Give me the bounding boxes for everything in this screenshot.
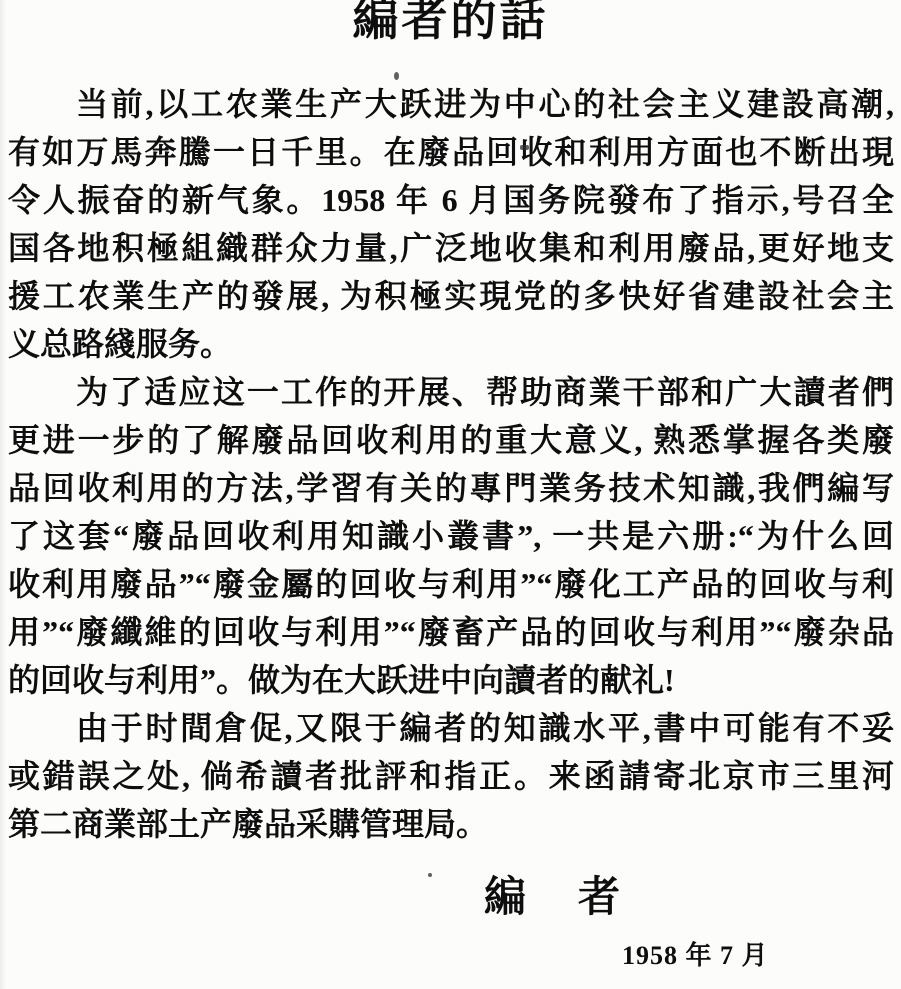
text-line: 品回收利用的方法,学習有关的專門業务技术知識,我們編写	[8, 464, 894, 512]
signature-char-right: 者	[578, 874, 620, 922]
text-line: 第二商業部土产廢品采購管理局。	[8, 800, 894, 848]
text-line: 有如万馬奔騰一日千里。在廢品回收和利用方面也不断出現	[8, 128, 894, 176]
page-title: 編者的話	[0, 0, 901, 46]
text-line: 了这套“廢品回收利用知識小叢書”, 一共是六册:“为什么回	[8, 512, 894, 560]
editor-signature: 編 者	[484, 874, 620, 922]
text-line: 收利用廢品”“廢金屬的回收与利用”“廢化工产品的回收与利	[8, 560, 894, 608]
book-page: 編者的話 当前,以工农業生产大跃进为中心的社会主义建設高潮, 有如万馬奔騰一日千…	[0, 0, 901, 989]
preface-body: 当前,以工农業生产大跃进为中心的社会主义建設高潮, 有如万馬奔騰一日千里。在廢品…	[8, 80, 894, 848]
scan-speckle	[394, 72, 399, 80]
paragraph-2: 为了适应这一工作的开展、帮助商業干部和广大讀者們 更进一步的了解廢品回收利用的重…	[8, 368, 894, 704]
text-line: 义总路綫服务。	[8, 320, 894, 368]
text-line: 更进一步的了解廢品回收利用的重大意义, 熟悉掌握各类廢	[8, 416, 894, 464]
text-line: 当前,以工农業生产大跃进为中心的社会主义建設高潮,	[8, 80, 894, 128]
text-line: 由于时間倉促,又限于編者的知識水平,書中可能有不妥	[8, 704, 894, 752]
signature-char-left: 編	[484, 874, 526, 922]
text-line: 国各地积極組織群众力量,广泛地收集和利用廢品,更好地支	[8, 224, 894, 272]
scan-speckle	[428, 873, 432, 877]
text-line: 的回收与利用”。做为在大跃进中向讀者的献礼!	[8, 656, 894, 704]
text-line: 为了适应这一工作的开展、帮助商業干部和广大讀者們	[8, 368, 894, 416]
paragraph-1: 当前,以工农業生产大跃进为中心的社会主义建設高潮, 有如万馬奔騰一日千里。在廢品…	[8, 80, 894, 368]
publication-date: 1958 年 7 月	[622, 940, 769, 972]
text-line: 令人振奋的新气象。1958 年 6 月国务院發布了指示,号召全	[8, 176, 894, 224]
text-line: 援工农業生产的發展, 为积極实現党的多快好省建設社会主	[8, 272, 894, 320]
text-line: 或錯誤之处, 倘希讀者批評和指正。来函請寄北京市三里河	[8, 752, 894, 800]
paragraph-3: 由于时間倉促,又限于編者的知識水平,書中可能有不妥 或錯誤之处, 倘希讀者批評和…	[8, 704, 894, 848]
text-line: 用”“廢纖維的回收与利用”“廢畜产品的回收与利用”“廢杂品	[8, 608, 894, 656]
